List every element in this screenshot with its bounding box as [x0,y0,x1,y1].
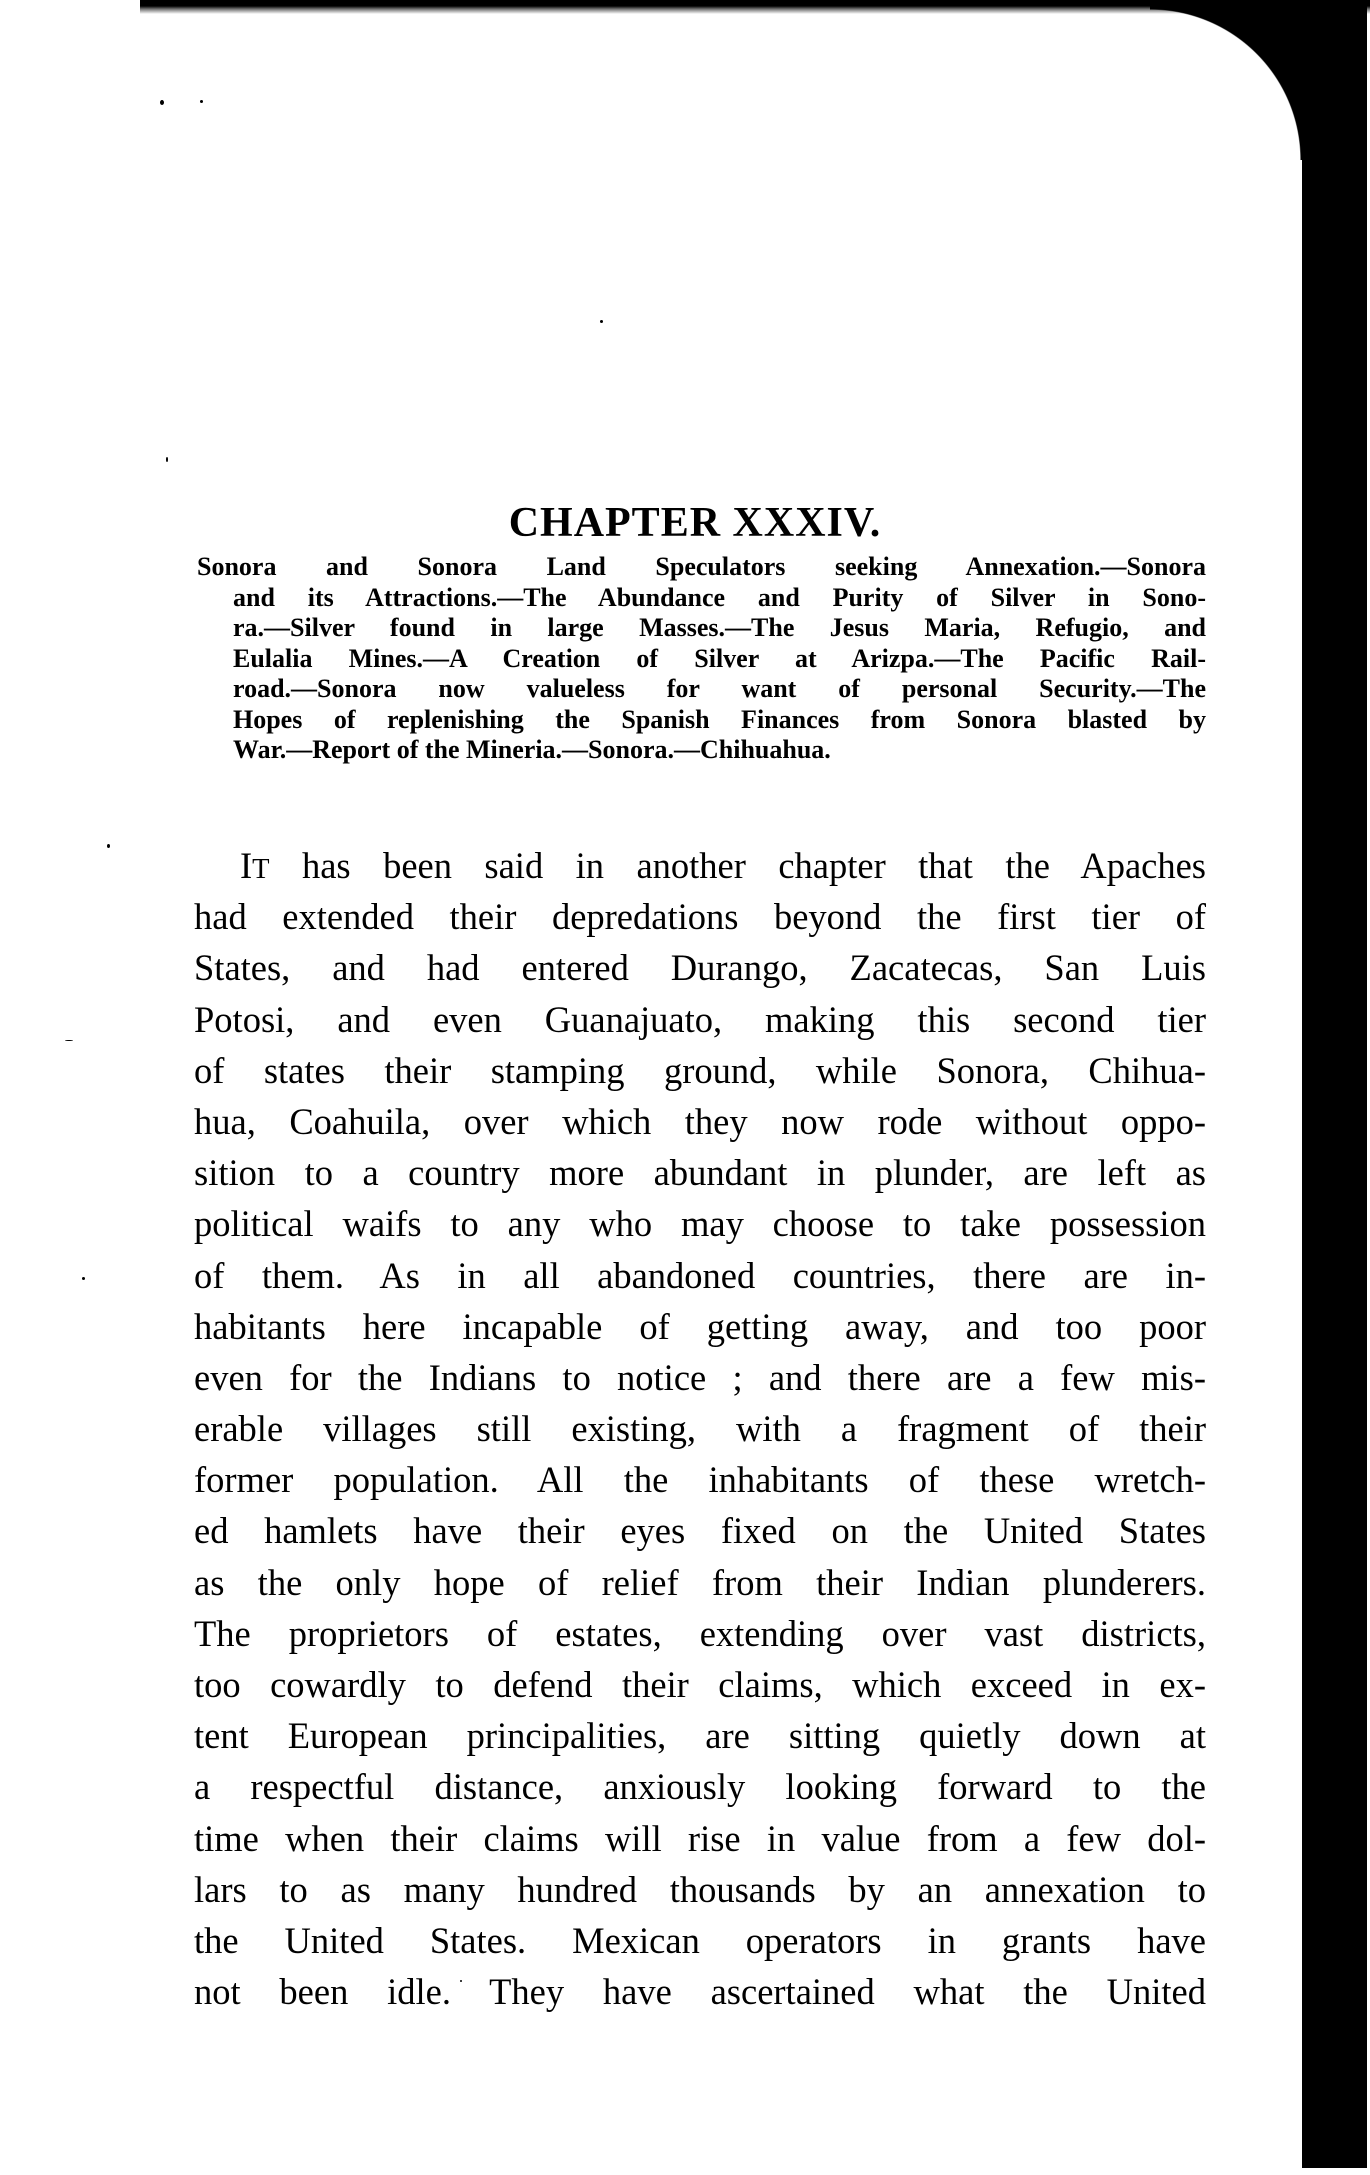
book-page: CHAPTER XXXIV. Sonora and Sonora Land Sp… [0,0,1370,2175]
summary-line: ra.—Silver found in large Masses.—The Je… [233,613,1206,644]
summary-line: Eulalia Mines.—A Creation of Silver at A… [233,644,1206,675]
summary-line: Hopes of replenishing the Spanish Financ… [233,705,1206,736]
body-line: sition to a country more abundant in plu… [194,1147,1206,1198]
small-cap-letter: T [252,854,269,885]
body-line-first: IT has been said in another chapter that… [194,840,1206,891]
body-line: States, and had entered Durango, Zacatec… [194,942,1206,993]
body-line: of states their stamping ground, while S… [194,1045,1206,1096]
body-line: habitants here incapable of getting away… [194,1301,1206,1352]
chapter-summary: Sonora and Sonora Land Speculators seeki… [197,552,1206,766]
body-line: The proprietors of estates, extending ov… [194,1608,1206,1659]
body-line: erable villages still existing, with a f… [194,1403,1206,1454]
body-line: lars to as many hundred thousands by an … [194,1864,1206,1915]
body-line: had extended their depredations beyond t… [194,891,1206,942]
body-line: tent European principalities, are sittin… [194,1710,1206,1761]
summary-line: War.—Report of the Mineria.—Sonora.—Chih… [233,735,1206,766]
body-line: a respectful distance, anxiously looking… [194,1761,1206,1812]
body-line: not been idle. They have ascertained wha… [194,1966,1206,2017]
body-line: Potosi, and even Guanajuato, making this… [194,994,1206,1045]
body-line: former population. All the inhabitants o… [194,1454,1206,1505]
body-line: hua, Coahuila, over which they now rode … [194,1096,1206,1147]
body-line: ed hamlets have their eyes fixed on the … [194,1505,1206,1556]
body-line: of them. As in all abandoned countries, … [194,1250,1206,1301]
initial-letter: I [240,845,252,886]
chapter-heading: CHAPTER XXXIV. [470,498,920,548]
body-line: the United States. Mexican operators in … [194,1915,1206,1966]
summary-line: and its Attractions.—The Abundance and P… [233,583,1206,614]
first-line-text: has been said in another chapter that th… [270,845,1206,886]
body-line: political waifs to any who may choose to… [194,1198,1206,1249]
body-line: time when their claims will rise in valu… [194,1813,1206,1864]
body-line: too cowardly to defend their claims, whi… [194,1659,1206,1710]
summary-line: road.—Sonora now valueless for want of p… [233,674,1206,705]
body-line: even for the Indians to notice ; and the… [194,1352,1206,1403]
summary-line: Sonora and Sonora Land Speculators seeki… [197,552,1206,583]
body-paragraph: IT has been said in another chapter that… [194,840,1206,2017]
body-line: as the only hope of relief from their In… [194,1557,1206,1608]
